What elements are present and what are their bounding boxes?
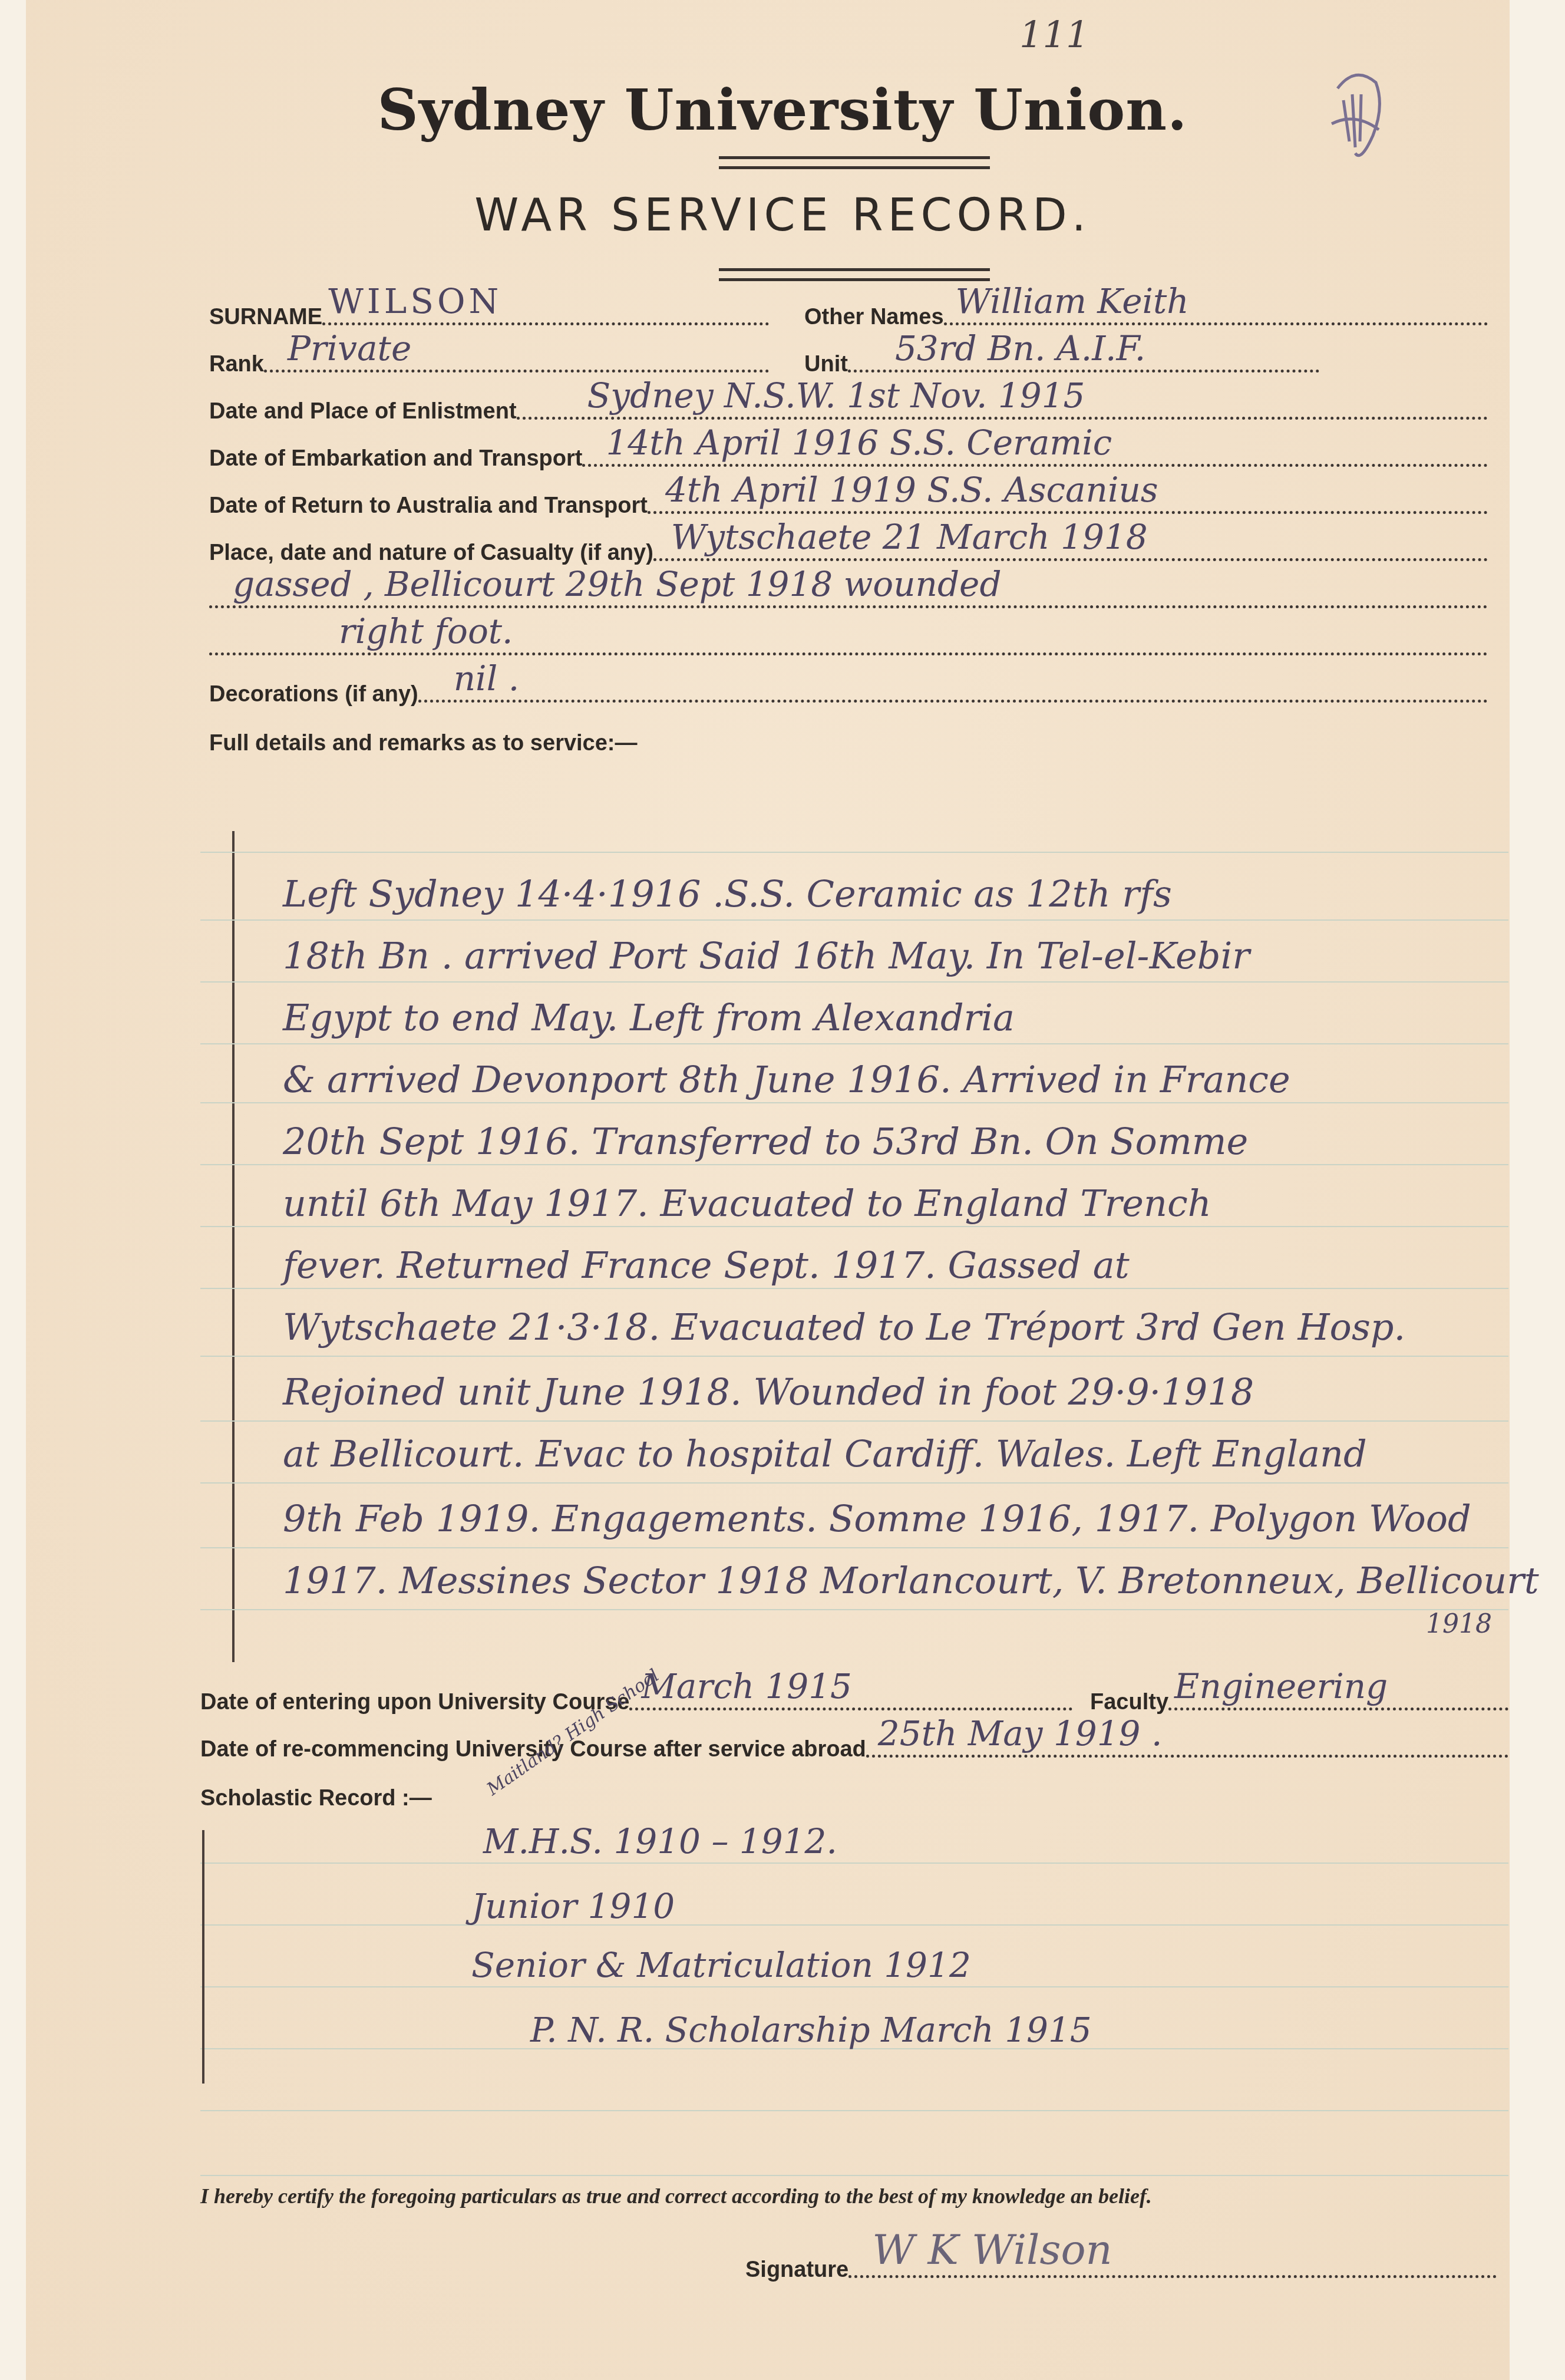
remarks-line: Egypt to end May. Left from Alexandria bbox=[283, 996, 1015, 1039]
embarkation-label: Date of Embarkation and Transport bbox=[209, 446, 582, 472]
return-value: 4th April 1919 S.S. Ascanius bbox=[665, 470, 1158, 510]
rank-field: Rank Private bbox=[209, 330, 769, 377]
casualty-line-1: Wytschaete 21 March 1918 bbox=[671, 517, 1148, 557]
other-names-value: William Keith bbox=[956, 281, 1189, 321]
scholastic-line: Junior 1910 bbox=[471, 1886, 675, 1926]
unit-label: Unit bbox=[804, 352, 848, 377]
embarkation-field: Date of Embarkation and Transport 14th A… bbox=[209, 424, 1488, 472]
casualty-line-2: gassed , Bellicourt 29th Sept 1918 wound… bbox=[233, 564, 1002, 604]
faculty-label: Faculty bbox=[1090, 1690, 1168, 1715]
unit-field: Unit 53rd Bn. A.I.F. bbox=[804, 330, 1488, 377]
decorations-label: Decorations (if any) bbox=[209, 682, 418, 707]
other-names-label: Other Names bbox=[804, 305, 944, 330]
other-names-field: Other Names William Keith bbox=[804, 283, 1488, 330]
enlistment-label: Date and Place of Enlistment bbox=[209, 399, 517, 424]
surname-label: SURNAME bbox=[209, 305, 322, 330]
certification-statement: I hereby certify the foregoing particula… bbox=[200, 2184, 1152, 2208]
signature-label: Signature bbox=[745, 2257, 848, 2283]
remarks-line: until 6th May 1917. Evacuated to England… bbox=[283, 1182, 1211, 1225]
remarks-line: Wytschaete 21·3·18. Evacuated to Le Trép… bbox=[283, 1306, 1405, 1349]
remarks-trailing-year: 1918 bbox=[1426, 1609, 1492, 1639]
remarks-line: fever. Returned France Sept. 1917. Gasse… bbox=[283, 1244, 1130, 1287]
decorations-field: Decorations (if any) nil . bbox=[209, 660, 1488, 707]
remarks-line: 9th Feb 1919. Engagements. Somme 1916, 1… bbox=[283, 1497, 1471, 1540]
double-rule-divider bbox=[719, 268, 990, 281]
casualty-field: Place, date and nature of Casualty (if a… bbox=[209, 519, 1488, 566]
entering-course-label: Date of entering upon University Course bbox=[200, 1690, 629, 1715]
record-title: WAR SERVICE RECORD. bbox=[0, 189, 1565, 241]
casualty-line-3: right foot. bbox=[339, 611, 513, 651]
return-field: Date of Return to Australia and Transpor… bbox=[209, 472, 1488, 519]
recommencing-course-field: Date of re-commencing University Course … bbox=[200, 1715, 1508, 1762]
surname-field: SURNAME WILSON bbox=[209, 283, 769, 330]
organization-title: Sydney University Union. bbox=[0, 77, 1565, 143]
rank-label: Rank bbox=[209, 352, 264, 377]
scholastic-line: Senior & Matriculation 1912 bbox=[471, 1945, 971, 1985]
scholastic-line: P. N. R. Scholarship March 1915 bbox=[530, 2010, 1092, 2050]
casualty-label: Place, date and nature of Casualty (if a… bbox=[209, 540, 653, 566]
surname-value: WILSON bbox=[328, 281, 502, 321]
remarks-line: 1917. Messines Sector 1918 Morlancourt, … bbox=[283, 1559, 1539, 1602]
remarks-line: Rejoined unit June 1918. Wounded in foot… bbox=[283, 1370, 1254, 1413]
entering-course-value: March 1915 bbox=[641, 1666, 852, 1706]
remarks-line: 20th Sept 1916. Transferred to 53rd Bn. … bbox=[283, 1120, 1248, 1163]
scholastic-label: Scholastic Record :— bbox=[200, 1786, 1508, 1811]
faculty-field: Faculty Engineering bbox=[1090, 1668, 1508, 1715]
enlistment-value: Sydney N.S.W. 1st Nov. 1915 bbox=[587, 375, 1085, 416]
scholastic-line: M.H.S. 1910 – 1912. bbox=[483, 1821, 837, 1861]
embarkation-value: 14th April 1916 S.S. Ceramic bbox=[606, 423, 1112, 463]
remarks-label: Full details and remarks as to service:— bbox=[209, 731, 1488, 756]
remarks-line: at Bellicourt. Evac to hospital Cardiff.… bbox=[283, 1432, 1367, 1475]
margin-rule bbox=[232, 831, 235, 1662]
remarks-line: 18th Bn . arrived Port Said 16th May. In… bbox=[283, 934, 1250, 977]
recommencing-course-value: 25th May 1919 . bbox=[878, 1713, 1163, 1753]
casualty-continuation-1: gassed , Bellicourt 29th Sept 1918 wound… bbox=[209, 566, 1488, 613]
scholastic-margin-rule bbox=[202, 1830, 204, 2084]
folio-number: 111 bbox=[1019, 13, 1089, 56]
faculty-value: Engineering bbox=[1174, 1666, 1388, 1706]
remarks-line: & arrived Devonport 8th June 1916. Arriv… bbox=[283, 1058, 1290, 1101]
enlistment-field: Date and Place of Enlistment Sydney N.S.… bbox=[209, 377, 1488, 424]
unit-value: 53rd Bn. A.I.F. bbox=[895, 328, 1145, 368]
remarks-line: Left Sydney 14·4·1916 .S.S. Ceramic as 1… bbox=[283, 872, 1172, 915]
decorations-value: nil . bbox=[454, 658, 519, 698]
return-label: Date of Return to Australia and Transpor… bbox=[209, 493, 648, 519]
rank-value: Private bbox=[288, 328, 411, 368]
casualty-continuation-2: right foot. bbox=[209, 613, 1488, 660]
signature-field: Signature W K Wilson bbox=[745, 2240, 1497, 2283]
signature-value: W K Wilson bbox=[872, 2226, 1112, 2274]
double-rule-divider bbox=[719, 156, 990, 169]
